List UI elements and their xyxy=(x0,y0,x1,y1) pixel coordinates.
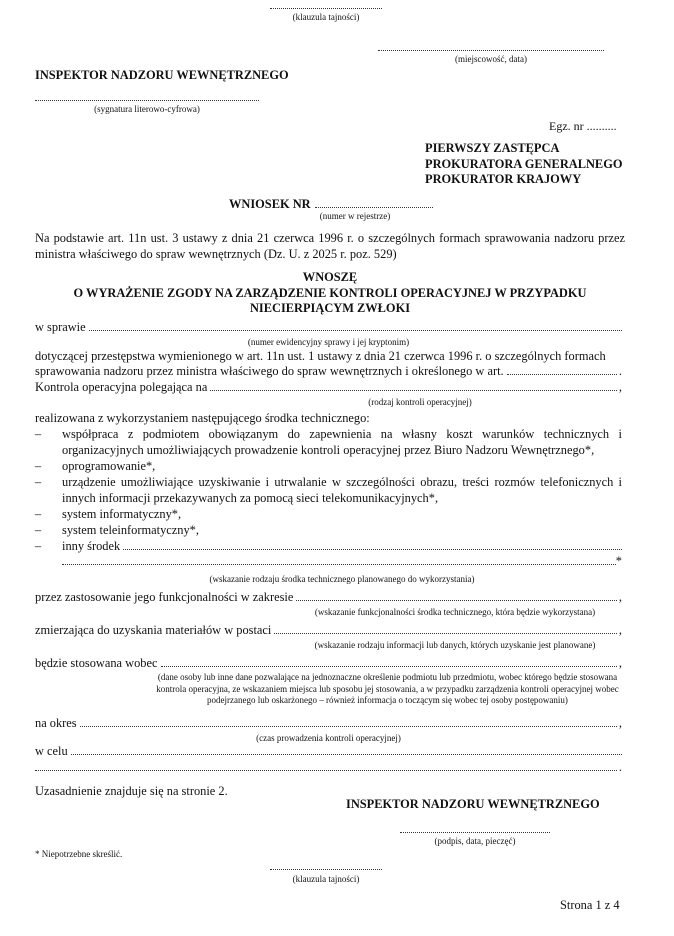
clause-caption-top: (klauzula tajności) xyxy=(240,12,412,22)
materials-field[interactable] xyxy=(274,633,617,634)
control-field[interactable] xyxy=(210,390,617,391)
case-label: w sprawie xyxy=(35,320,86,335)
functionality-label: przez zastosowanie jego funkcjonalności … xyxy=(35,590,293,605)
period-row: na okres , xyxy=(35,716,622,731)
register-caption: (numer w rejestrze) xyxy=(300,211,410,221)
purpose-row: w celu xyxy=(35,744,622,759)
addressee-line: PROKURATORA GENERALNEGO xyxy=(425,157,622,173)
functionality-row: przez zastosowanie jego funkcjonalności … xyxy=(35,590,622,605)
means-item[interactable]: –system teleinformatyczny*, xyxy=(35,522,622,538)
means-item-text: współpraca z podmiotem obowiązanym do za… xyxy=(62,426,622,458)
means-item-text: urządzenie umożliwiające uzyskiwanie i u… xyxy=(62,474,622,506)
copy-number: Egz. nr .......... xyxy=(549,119,617,134)
case-field[interactable] xyxy=(89,330,622,331)
materials-caption: (wskazanie rodzaju informacji lub danych… xyxy=(290,640,620,650)
addressee: PIERWSZY ZASTĘPCA PROKURATORA GENERALNEG… xyxy=(425,141,622,188)
means-item-text: oprogramowanie*, xyxy=(62,458,622,474)
page-number: Strona 1 z 4 xyxy=(560,898,620,913)
other-means-field[interactable] xyxy=(123,549,622,550)
heading-line: O WYRAŻENIE ZGODY NA ZARZĄDZENIE KONTROL… xyxy=(35,286,625,302)
heading-line: WNOSZĘ xyxy=(35,270,625,286)
request-number-field[interactable] xyxy=(315,207,433,208)
place-date-caption: (miejscowość, data) xyxy=(378,54,604,64)
means-item-text: inny środek xyxy=(62,538,120,554)
article-field[interactable] xyxy=(507,374,617,375)
signer-heading: INSPEKTOR NADZORU WEWNĘTRZNEGO xyxy=(346,797,600,812)
addressee-line: PIERWSZY ZASTĘPCA xyxy=(425,141,622,157)
control-label: Kontrola operacyjna polegająca na xyxy=(35,380,207,395)
functionality-field[interactable] xyxy=(296,600,617,601)
case-caption: (numer ewidencyjny sprawy i jej kryptoni… xyxy=(35,337,622,347)
means-item-text: system informatyczny*, xyxy=(62,506,622,522)
materials-label: zmierzająca do uzyskania materiałów w po… xyxy=(35,623,271,638)
signature-ref-field[interactable] xyxy=(35,100,259,101)
period-field[interactable] xyxy=(80,726,617,727)
materials-row: zmierzająca do uzyskania materiałów w po… xyxy=(35,623,622,638)
target-caption: (dane osoby lub inne dane pozwalające na… xyxy=(155,672,620,707)
clause-caption-bottom: (klauzula tajności) xyxy=(240,874,412,884)
purpose-field-2[interactable] xyxy=(35,770,617,771)
means-caption: (wskazanie rodzaju środka technicznego p… xyxy=(62,574,622,584)
means-item[interactable]: –system informatyczny*, xyxy=(35,506,622,522)
target-label: będzie stosowana wobec xyxy=(35,656,158,671)
other-means-field-2[interactable] xyxy=(62,564,616,565)
means-item[interactable]: –oprogramowanie*, xyxy=(35,458,622,474)
period-label: na okres xyxy=(35,716,77,731)
means-item[interactable]: –współpraca z podmiotem obowiązanym do z… xyxy=(35,426,622,458)
target-row: będzie stosowana wobec , xyxy=(35,656,622,671)
signature-ref-caption: (sygnatura literowo-cyfrowa) xyxy=(35,104,259,114)
functionality-caption: (wskazanie funkcjonalności środka techni… xyxy=(290,607,620,617)
means-item-text: system teleinformatyczny*, xyxy=(62,522,622,538)
purpose-field[interactable] xyxy=(71,754,622,755)
means-item[interactable]: –urządzenie umożliwiające uzyskiwanie i … xyxy=(35,474,622,506)
clause-dotline-top[interactable] xyxy=(270,8,382,9)
request-number: WNIOSEK NR xyxy=(229,197,433,212)
target-field[interactable] xyxy=(161,666,617,667)
issuer-heading: INSPEKTOR NADZORU WEWNĘTRZNEGO xyxy=(35,68,289,83)
addressee-line: PROKURATOR KRAJOWY xyxy=(425,172,622,188)
control-caption: (rodzaj kontroli operacyjnej) xyxy=(300,397,540,407)
other-means-row-2: * xyxy=(62,554,622,569)
offense-line-1: dotyczącej przestępstwa wymienionego w a… xyxy=(35,348,625,364)
offense-row: sprawowania nadzoru przez ministra właśc… xyxy=(35,364,622,379)
means-intro: realizowana z wykorzystaniem następujące… xyxy=(35,410,370,426)
means-item-other[interactable]: – inny środek xyxy=(35,538,622,554)
footnote: * Niepotrzebne skreślić. xyxy=(35,849,122,859)
legal-basis: Na podstawie art. 11n ust. 3 ustawy z dn… xyxy=(35,230,625,262)
period-caption: (czas prowadzenia kontroli operacyjnej) xyxy=(35,733,622,743)
heading-line: NIECIERPIĄCYM ZWŁOKI xyxy=(35,301,625,317)
purpose-row-2: . xyxy=(35,760,622,775)
case-row: w sprawie xyxy=(35,320,622,335)
justification-note: Uzasadnienie znajduje się na stronie 2. xyxy=(35,783,228,799)
signature-caption: (podpis, data, pieczęć) xyxy=(400,836,550,846)
request-title: WNIOSEK NR xyxy=(229,197,311,212)
place-date-field[interactable] xyxy=(378,50,604,51)
request-heading: WNOSZĘ O WYRAŻENIE ZGODY NA ZARZĄDZENIE … xyxy=(35,270,625,317)
signature-field[interactable] xyxy=(400,832,550,833)
offense-label: sprawowania nadzoru przez ministra właśc… xyxy=(35,364,504,379)
clause-dotline-bottom[interactable] xyxy=(270,869,382,870)
control-row: Kontrola operacyjna polegająca na , xyxy=(35,380,622,395)
purpose-label: w celu xyxy=(35,744,68,759)
